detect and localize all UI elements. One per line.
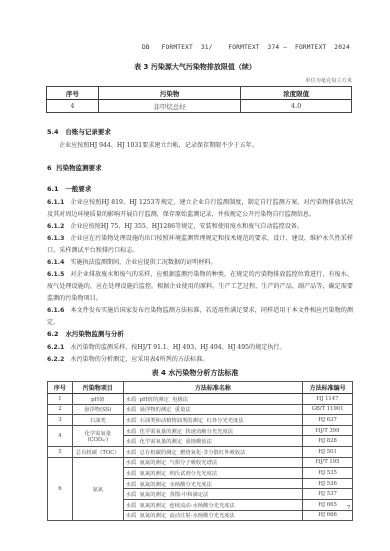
clause-text: 企业应按照HJ 819、HJ 1253等规定，建立企业自行监测制度，制定自行监测… — [47, 199, 353, 218]
clause-6-1-6: 6.1.6本文件发布实施后国家发布污染物监测方法标准，若适用性满足要求，同样适用… — [47, 305, 353, 329]
cell-item: 总有机碳（TOC） — [72, 446, 123, 457]
table-row: 3 石油类 水质 石油类和动植物油类的测定 红外分光光度法 HJ 637 — [48, 415, 353, 426]
table-row: 5 总有机碳（TOC） 水质 总有机碳的测定 燃烧氧化-非分散红外吸收法 HJ … — [48, 446, 353, 457]
cell-no: 2 — [48, 404, 73, 415]
section-6-1-heading: 6.1 一般要求 — [47, 184, 91, 193]
section-title: 一般要求 — [65, 185, 91, 193]
clause-number: 6.1.1 — [47, 199, 64, 206]
cell-method-code: HJ/T 195 — [303, 457, 353, 468]
cell-method-name: 水质 氨氮的测定 纳氏试剂分光光度法 — [123, 468, 303, 479]
clause-number: 6.2.1 — [47, 344, 64, 351]
section-number: 5.4 — [47, 128, 59, 136]
table-row: 4 化学需氧量(CODₐᵣ) 水质 化学需氧量的测定 快速消解分光光度法 HJ/… — [48, 425, 353, 436]
clause-number: 6.1.5 — [47, 271, 64, 278]
section-title: 台账与记录要求 — [65, 128, 111, 136]
section-title: 水污染物监测与分析 — [65, 330, 124, 338]
cell-item: 石油类 — [72, 415, 123, 426]
clause-number: 6.1.6 — [47, 307, 64, 314]
clause-6-1-2: 6.1.2企业应按照HJ 75、HJ 355、HJ1286等规定，安装和使用废水… — [47, 221, 353, 233]
clause-number: 6.1.2 — [47, 223, 64, 230]
section-title: 污染物监测要求 — [56, 164, 102, 172]
clause-number: 6.1.4 — [47, 259, 64, 266]
clause-6-2-1: 6.2.1水污染物的监测采样，按HJ/T 91.1、HJ 493、HJ 494、… — [47, 342, 353, 354]
clause-6-2-2: 6.2.2水污染物的分析测定，应采用表4所列的方法标准。 — [47, 354, 353, 366]
cell-item: 氨氮 — [72, 457, 123, 521]
table3-unit-note: 单位为毫克每立方米 — [305, 77, 352, 84]
section-6-1-items: 6.1.1企业应按照HJ 819、HJ 1253等规定，建立企业自行监测制度，制… — [47, 197, 353, 329]
cell-method-code: HJ 828 — [303, 436, 353, 447]
cell-method-code: HJ 535 — [303, 468, 353, 479]
cell-no: 4 — [48, 425, 73, 446]
clause-text: 本文件发布实施后国家发布污染物监测方法标准，若适用性满足要求，同样适用于本文件相… — [47, 307, 353, 326]
cell-method-name: 水质 化学需氧量的测定 重铬酸盐法 — [123, 436, 303, 447]
clause-6-1-5: 6.1.5对企业排放废水和废气的采样，应根据监测污染物的种类，在规定的污染物排放… — [47, 269, 353, 305]
col-header-no: 序号 — [48, 382, 73, 394]
cell-method-name: 水质 氨氮的测定 气相分子吸收光谱法 — [123, 457, 303, 468]
col-header-pollutant: 污染物 — [98, 87, 241, 100]
cell-method-code: HJ 536 — [303, 478, 353, 489]
clause-text: 水污染物的分析测定，应采用表4所列的方法标准。 — [70, 356, 208, 363]
section-5-4-heading: 5.4 台账与记录要求 — [47, 127, 111, 136]
col-header-item: 污染物项目 — [72, 382, 123, 394]
table-row: 4 非甲烷总烃 4.0 — [47, 100, 352, 113]
clause-6-1-4: 6.1.4实施执法监测期间，企业应提供工况数据的证明材料。 — [47, 257, 353, 269]
cell-method-code: HJ 637 — [303, 415, 353, 426]
table-row: 6 氨氮 水质 氨氮的测定 气相分子吸收光谱法 HJ/T 195 — [48, 457, 353, 468]
clause-text: 对企业排放废水和废气的采样，应根据监测污染物的种类，在规定的污染物排放监控位置进… — [47, 271, 353, 302]
cell-method-name: 水质 氨氮的测定 流动注射-水杨酸分光光度法 — [123, 510, 303, 521]
section-6-2-heading: 6.2 水污染物监测与分析 — [47, 329, 124, 338]
section-6-2-items: 6.2.1水污染物的监测采样，按HJ/T 91.1、HJ 493、HJ 494、… — [47, 342, 353, 366]
col-header-no: 序号 — [47, 87, 99, 100]
cell-method-code: GB/T 11901 — [303, 404, 353, 415]
table3: 序号 污染物 浓度限值 4 非甲烷总烃 4.0 — [46, 86, 352, 113]
cell-method-code: HJ 666 — [303, 510, 353, 521]
col-header-method-name: 方法标准名称 — [123, 382, 303, 394]
cell-method-name: 水质 石油类和动植物油类的测定 红外分光光度法 — [123, 415, 303, 426]
col-header-limit: 浓度限值 — [241, 87, 352, 100]
clause-text: 企业应在污染物处理设施的出口按照环境监测管理规定和技术规范的要求，设计、建设、维… — [47, 235, 353, 254]
table3-header-row: 序号 污染物 浓度限值 — [47, 87, 352, 100]
cell-method-code: HJ 501 — [303, 446, 353, 457]
clause-number: 6.1.3 — [47, 235, 64, 242]
table-row: 2 悬浮物(SS) 水质 悬浮物的测定 重量法 GB/T 11901 — [48, 404, 353, 415]
clause-number: 6.2.2 — [47, 356, 64, 363]
cell-method-code: HJ 537 — [303, 489, 353, 500]
cell-method-name: 水质 总有机碳的测定 燃烧氧化-非分散红外吸收法 — [123, 446, 303, 457]
clause-text: 实施执法监测期间，企业应提供工况数据的证明材料。 — [70, 259, 216, 266]
cell-no: 5 — [48, 446, 73, 457]
page-number: 7 — [347, 505, 351, 511]
table4: 序号 污染物项目 方法标准名称 方法标准编号 1 pH值 水质 pH值的测定 电… — [47, 381, 353, 521]
cell-method-code: HJ/T 399 — [303, 425, 353, 436]
section-number: 6.1 — [47, 185, 59, 193]
cell-method-name: 水质 氨氮的测定 水杨酸分光光度法 — [123, 478, 303, 489]
cell-method-code: HJ 665 — [303, 499, 353, 510]
document-header: DB FORMTEXT 31/ FORMTEXT 374 — FORMTEXT … — [142, 44, 350, 51]
cell-no: 6 — [48, 457, 73, 521]
section-6-heading: 6 污染物监测要求 — [47, 163, 102, 172]
cell-method-name: 水质 pH值的测定 电极法 — [123, 394, 303, 405]
cell-method-code: HJ 1147 — [303, 394, 353, 405]
table4-caption: 表 4 水污染物分析方法标准 — [0, 368, 390, 378]
section-5-4-text: 企业应按照HJ 944、HJ 1031要求建立台帐，记录保存期限不少于五年。 — [47, 140, 353, 152]
col-header-method-code: 方法标准编号 — [303, 382, 353, 394]
section-number: 6.2 — [47, 330, 59, 338]
cell-item: 化学需氧量(CODₐᵣ) — [72, 425, 123, 446]
cell-limit: 4.0 — [241, 100, 352, 113]
table-row: 1 pH值 水质 pH值的测定 电极法 HJ 1147 — [48, 394, 353, 405]
clause-text: 企业应按照HJ 75、HJ 355、HJ1286等规定，安装和使用废水和废气自动… — [70, 223, 303, 230]
section-number: 6 — [47, 164, 52, 172]
clause-text: 水污染物的监测采样，按HJ/T 91.1、HJ 493、HJ 494、HJ 49… — [70, 344, 285, 351]
cell-method-name: 水质 悬浮物的测定 重量法 — [123, 404, 303, 415]
cell-pollutant: 非甲烷总烃 — [98, 100, 241, 113]
cell-item: 悬浮物(SS) — [72, 404, 123, 415]
table3-caption: 表 3 污染源大气污染物排放限值（续） — [0, 62, 390, 72]
clause-6-1-1: 6.1.1企业应按照HJ 819、HJ 1253等规定，建立企业自行监测制度，制… — [47, 197, 353, 221]
cell-no: 1 — [48, 394, 73, 405]
cell-item: pH值 — [72, 394, 123, 405]
cell-method-name: 水质 氨氮的测定 连续流动-水杨酸分光光度法 — [123, 499, 303, 510]
cell-method-name: 水质 氨氮的测定 蒸馏-中和滴定法 — [123, 489, 303, 500]
cell-no: 3 — [48, 415, 73, 426]
table4-header-row: 序号 污染物项目 方法标准名称 方法标准编号 — [48, 382, 353, 394]
clause-6-1-3: 6.1.3企业应在污染物处理设施的出口按照环境监测管理规定和技术规范的要求，设计… — [47, 233, 353, 257]
cell-method-name: 水质 化学需氧量的测定 快速消解分光光度法 — [123, 425, 303, 436]
cell-no: 4 — [47, 100, 99, 113]
